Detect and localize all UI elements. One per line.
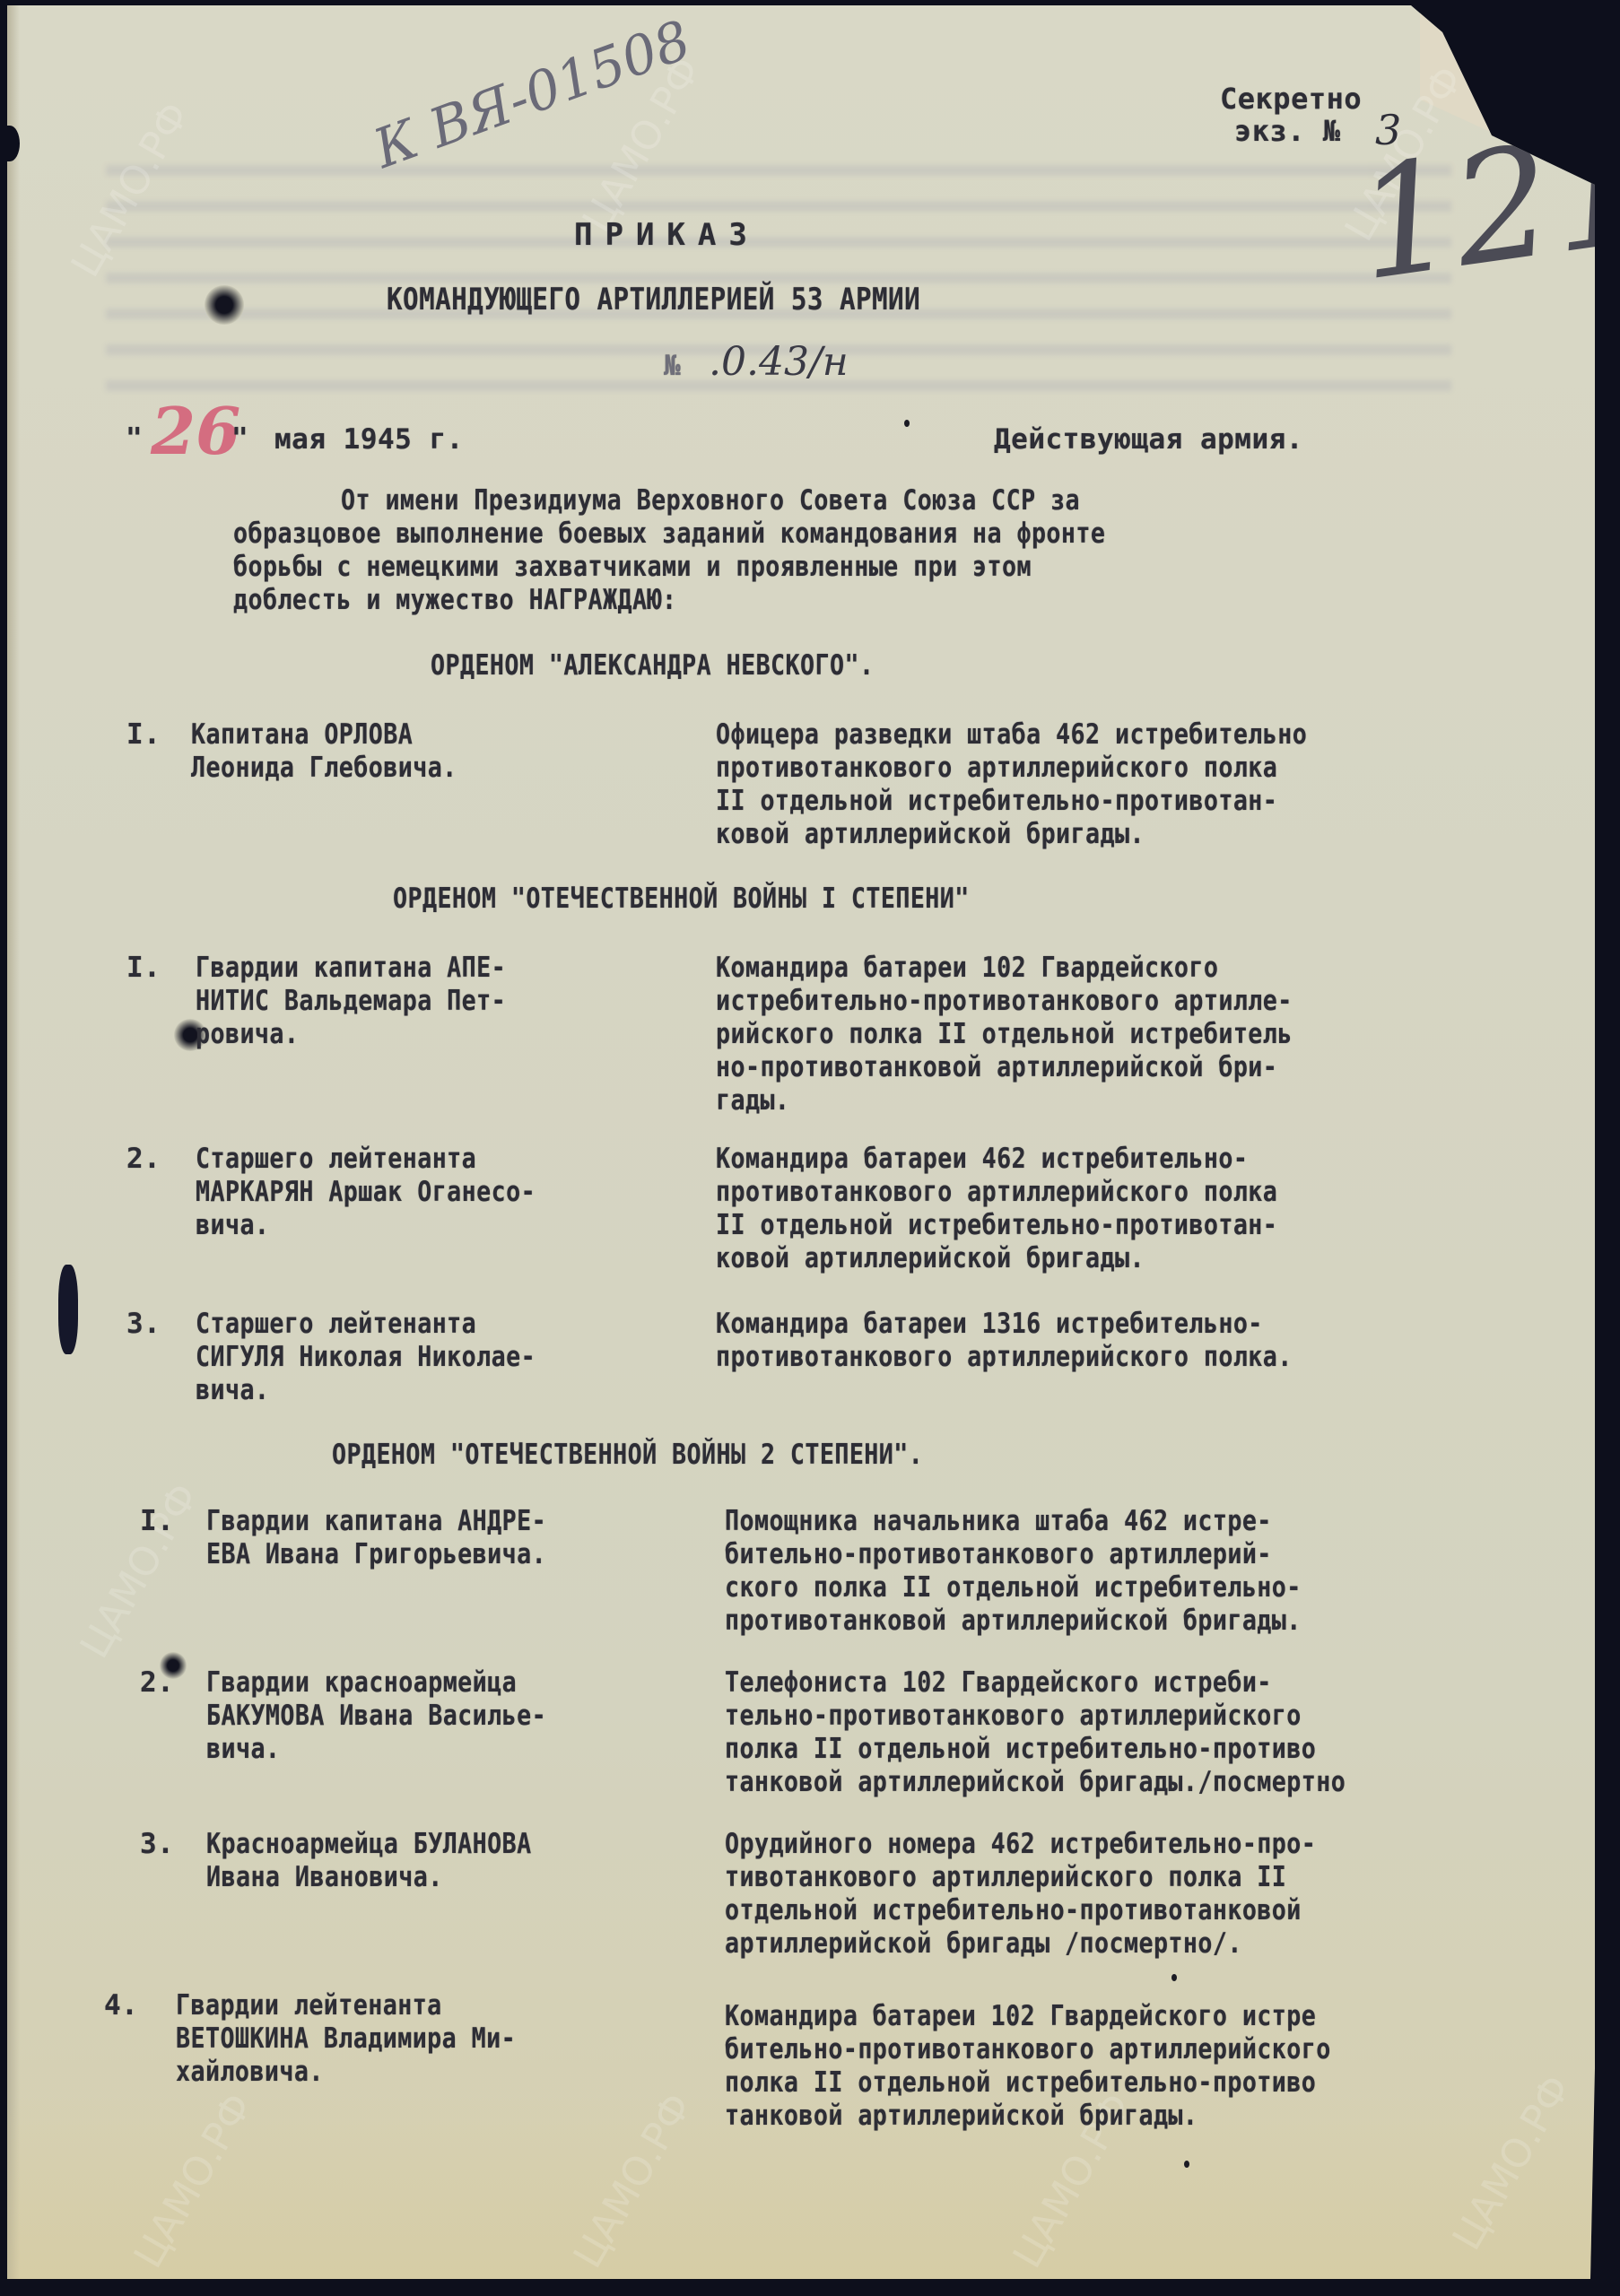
recipient-description: танковой артиллерийской бригады./посмерт… [725, 1766, 1346, 1799]
recipient-name: вича. [206, 1733, 280, 1766]
recipient-name: БАКУМОВА Ивана Василье- [206, 1700, 546, 1733]
secret-stamp: Секретно [1220, 83, 1362, 116]
recipient-description: артиллерийской бригады /посмертно/. [725, 1927, 1242, 1961]
award-heading-patriotic-war-1: ОРДЕНОМ "ОТЕЧЕСТВЕННОЙ ВОЙНЫ I СТЕПЕНИ" [393, 883, 970, 916]
recipient-description: полка II отдельной истребительно-противо [725, 2066, 1316, 2100]
recipient-name: Гвардии лейтенанта [176, 1989, 442, 2022]
recipient-name: Гвардии красноармейца [206, 1666, 517, 1700]
edge-blot [58, 1265, 78, 1354]
recipient-description: истребительно-противотанкового артилле- [716, 985, 1293, 1018]
recipient-name: ЕВА Ивана Григорьевича. [206, 1538, 546, 1571]
order-number-value: .0.43/н [709, 339, 849, 385]
date-open-quote: " [126, 422, 143, 456]
ink-dot [1184, 2161, 1189, 2168]
preamble-line: От имени Президиума Верховного Совета Со… [341, 484, 1080, 517]
recipient-name: ВЕТОШКИНА Владимира Ми- [176, 2022, 516, 2056]
recipient-name: СИГУЛЯ Николая Николае- [196, 1341, 536, 1374]
recipient-description: Офицера разведки штаба 462 истребительно [716, 718, 1307, 752]
recipient-description: противотанкового артиллерийского полка [716, 752, 1277, 785]
copy-label: экз. № [1234, 115, 1341, 148]
recipient-description: отдельной истребительно-противотанковой [725, 1894, 1302, 1927]
recipient-name: Гвардии капитана АНДРЕ- [206, 1505, 546, 1538]
recipient-description: Помощника начальника штаба 462 истре- [725, 1505, 1272, 1538]
ink-dot [1171, 1974, 1177, 1981]
recipient-name: хайловича. [176, 2056, 324, 2089]
location: Действующая армия. [994, 423, 1303, 457]
entry-number: 3. [140, 1828, 174, 1861]
recipient-name: Капитана ОРЛОВА [191, 718, 413, 752]
entry-number: 2. [126, 1143, 161, 1176]
recipient-name: Гвардии капитана АПЕ- [196, 952, 506, 985]
recipient-description: тельно-противотанкового артиллерийского [725, 1700, 1302, 1733]
document-subtitle: КОМАНДУЮЩЕГО АРТИЛЛЕРИЕЙ 53 АРМИИ [387, 283, 920, 317]
ink-dot [904, 420, 910, 427]
recipient-description: Командира батареи 102 Гвардейского истре [725, 2000, 1316, 2033]
document-page: ЦАМО.РФ ЦАМО.РФ ЦАМО.РФ ЦАМО.РФ ЦАМО.РФ … [7, 5, 1595, 2279]
entry-number: I. [140, 1505, 174, 1538]
entry-number: 4. [104, 1989, 138, 2022]
date-close-quote: " [231, 422, 248, 456]
paper-edge-shadow [7, 5, 20, 2279]
recipient-name: МАРКАРЯН Аршак Оганесо- [196, 1176, 536, 1209]
edge-blot [0, 126, 20, 161]
recipient-description: II отдельной истребительно-противотан- [716, 785, 1277, 818]
entry-number: 3. [126, 1308, 161, 1341]
recipient-description: бительно-противотанкового артиллерий- [725, 1538, 1272, 1571]
recipient-name: вича. [196, 1374, 269, 1407]
recipient-description: гады. [716, 1084, 789, 1118]
recipient-description: танковой артиллерийской бригады. [725, 2100, 1198, 2133]
recipient-description: ковой артиллерийской бригады. [716, 818, 1145, 851]
date-month-year: мая 1945 г. [274, 423, 464, 457]
document-title: ПРИКАЗ [574, 219, 760, 252]
recipient-description: Командира батареи 1316 истребительно- [716, 1308, 1263, 1341]
award-heading-nevsky: ОРДЕНОМ "АЛЕКСАНДРА НЕВСКОГО". [431, 649, 874, 683]
recipient-name: Леонида Глебовича. [191, 752, 457, 785]
order-number-label: № [664, 350, 681, 383]
recipient-description: противотанковой артиллерийской бригады. [725, 1605, 1302, 1638]
preamble-line: образцовое выполнение боевых заданий ком… [233, 517, 1105, 551]
recipient-description: ковой артиллерийской бригады. [716, 1242, 1145, 1275]
recipient-description: Телефониста 102 Гвардейского истреби- [725, 1666, 1272, 1700]
recipient-description: но-противотанковой артиллерийской бри- [716, 1051, 1277, 1084]
entry-number: I. [126, 952, 161, 985]
pencil-page-number: 121 [1346, 102, 1595, 311]
entry-number: 2. [140, 1666, 174, 1700]
recipient-name: Ивана Ивановича. [206, 1861, 443, 1894]
recipient-description: ского полка II отдельной истребительно- [725, 1571, 1302, 1605]
recipient-description: рийского полка II отдельной истребитель [716, 1018, 1293, 1051]
date-day: 26 [151, 393, 240, 469]
recipient-description: противотанкового артиллерийского полка [716, 1176, 1277, 1209]
recipient-description: тивотанкового артиллерийского полка II [725, 1861, 1286, 1894]
recipient-description: Командира батареи 462 истребительно- [716, 1143, 1248, 1176]
recipient-description: Орудийного номера 462 истребительно-про- [725, 1828, 1316, 1861]
recipient-description: Командира батареи 102 Гвардейского [716, 952, 1218, 985]
recipient-name: вича. [196, 1209, 269, 1242]
recipient-name: Красноармейца БУЛАНОВА [206, 1828, 532, 1861]
recipient-name: Старшего лейтенанта [196, 1143, 476, 1176]
recipient-description: II отдельной истребительно-противотан- [716, 1209, 1277, 1242]
preamble-line: доблесть и мужество НАГРАЖДАЮ: [233, 584, 676, 617]
punch-hole [205, 285, 244, 325]
recipient-description: полка II отдельной истребительно-противо [725, 1733, 1316, 1766]
recipient-name: Старшего лейтенанта [196, 1308, 476, 1341]
entry-number: I. [126, 718, 161, 752]
recipient-name: ровича. [196, 1018, 299, 1051]
recipient-description: противотанкового артиллерийского полка. [716, 1341, 1293, 1374]
preamble-line: борьбы с немецкими захватчиками и проявл… [233, 551, 1032, 584]
recipient-name: НИТИС Вальдемара Пет- [196, 985, 506, 1018]
award-heading-patriotic-war-2: ОРДЕНОМ "ОТЕЧЕСТВЕННОЙ ВОЙНЫ 2 СТЕПЕНИ". [332, 1439, 923, 1472]
recipient-description: бительно-противотанкового артиллерийског… [725, 2033, 1331, 2066]
